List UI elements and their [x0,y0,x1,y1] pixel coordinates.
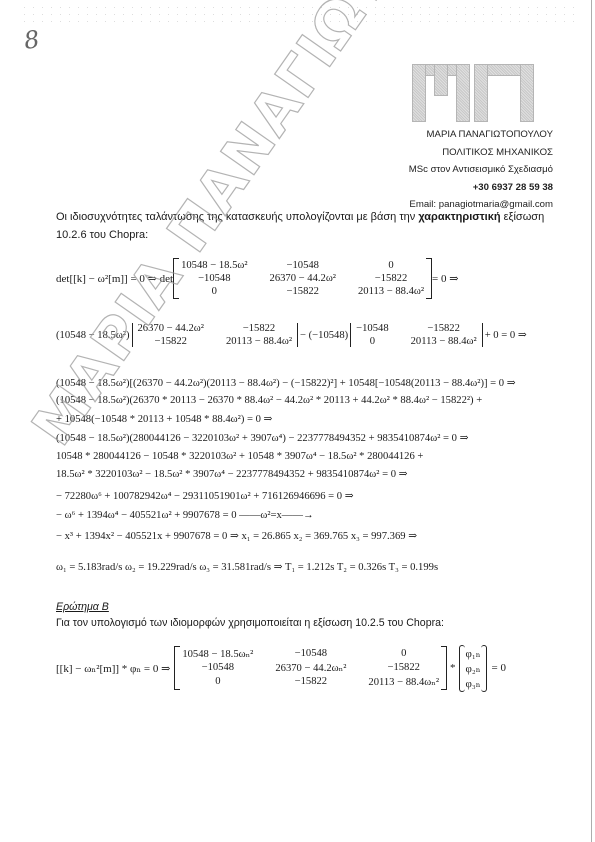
det-lhs: det[[k] − ω²[m]] = 0 ⇒ det [56,272,173,285]
equation-line: − ω⁶ + 1394ω⁴ − 405521ω² + 9907678 = 0 —… [56,510,314,521]
scan-noise [20,4,580,26]
intro-bold: χαρακτηριστική [418,211,500,223]
det-rhs: = 0 ⇒ [432,272,458,285]
matrix-cell: −10548 [356,323,388,334]
intro-text: Οι ιδιοσυχνότητες ταλάντωσης της κατασκε… [56,211,418,223]
equation-line: (10548 − 18.5ω²)(26370 * 20113 − 26370 *… [56,395,482,406]
intro-paragraph: Οι ιδιοσυχνότητες ταλάντωσης της κατασκε… [56,208,556,244]
mode-vector: φ₁ₙφ₂ₙφ₃ₙ [459,647,488,690]
expansion-middle: − (−10548) [300,330,348,341]
author-title: ΠΟΛΙΤΙΚΟΣ ΜΗΧΑΝΙΚΟΣ [409,144,553,162]
matrix-cell: 10548 − 18.5ωₙ² [182,648,253,660]
matrix-cell: 20113 − 88.4ωₙ² [368,676,439,688]
vector-entry: φ₂ₙ [466,662,481,675]
matrix-cell: −15822 [226,323,292,334]
author-phone: +30 6937 28 59 38 [409,179,553,197]
mode-matrix: 10548 − 18.5ωₙ²−105480−1054826370 − 44.2… [174,648,447,688]
equation-line: (10548 − 18.5ω²)[(26370 − 44.2ω²)(20113 … [56,377,516,389]
logo-m-center [434,64,448,96]
logo [412,64,540,120]
equation-line: 10548 * 280044126 − 10548 * 3220103ω² + … [56,451,423,462]
logo-m-right [456,64,470,122]
matrix-cell: 0 [368,648,439,660]
matrix-cell: −15822 [275,676,346,688]
minor-1: 26370 − 44.2ω²−15822−1582220113 − 88.4ω² [130,323,301,347]
matrix-cell: 26370 − 44.2ωₙ² [275,662,346,674]
matrix-cell: 26370 − 44.2ω² [270,273,336,284]
mode-lhs: [[k] − ωₙ²[m]] * φₙ = 0 ⇒ [56,662,170,675]
matrix-cell: −10548 [270,260,336,271]
mode-rhs: = 0 [491,662,505,674]
section-b-heading: Ερώτημα Β [56,601,109,613]
vector-entry: φ₃ₙ [466,677,481,690]
section-b-intro: Για τον υπολογισμό των ιδιομορφών χρησιμ… [56,617,444,629]
cofactor-expansion: (10548 − 18.5ω²) 26370 − 44.2ω²−15822−15… [56,318,527,352]
vector-entry: φ₁ₙ [466,647,481,660]
matrix-cell: 0 [181,286,247,297]
minor-2: −10548−15822020113 − 88.4ω² [348,323,485,347]
matrix-cell: −15822 [270,286,336,297]
equation-line: − x³ + 1394x² − 405521x + 9907678 = 0 ⇒ … [56,530,417,542]
expansion-suffix: + 0 = 0 ⇒ [485,329,527,341]
author-name: ΜΑΡΙΑ ΠΑΝΑΓΙΩΤΟΠΟΥΛΟΥ [409,126,553,144]
matrix-cell: 0 [356,336,388,347]
mode-times: * [450,662,456,674]
logo-p-left [474,64,488,122]
matrix-cell: −15822 [368,662,439,674]
equation-line: − 72280ω⁶ + 100782942ω⁴ − 29311051901ω² … [56,490,354,502]
equation-line: 18.5ω² * 3220103ω² − 18.5ω² * 3907ω⁴ − 2… [56,468,408,480]
equation-line: + 10548(−10548 * 20113 + 10548 * 88.4ω²)… [56,413,272,425]
matrix-cell: −10548 [182,662,253,674]
natural-frequencies-result: ω₁ = 5.183rad/s ω₂ = 19.229rad/s ω₃ = 31… [56,561,438,573]
logo-m-left [412,64,426,122]
matrix-cell: 26370 − 44.2ω² [138,323,204,334]
matrix-cell: 20113 − 88.4ω² [226,336,292,347]
scan-edge-line [591,0,592,842]
matrix-cell: 20113 − 88.4ω² [358,286,424,297]
expansion-prefix: (10548 − 18.5ω²) [56,330,130,341]
logo-p-right [520,64,534,122]
equation-line: (10548 − 18.5ω²)(280044126 − 3220103ω² +… [56,432,468,444]
matrix-cell: 10548 − 18.5ω² [181,260,247,271]
matrix-cell: −10548 [181,273,247,284]
matrix-cell: 0 [358,260,424,271]
matrix-cell: −15822 [411,323,477,334]
matrix-cell: 0 [182,676,253,688]
matrix-cell: −15822 [138,336,204,347]
mode-shape-equation: [[k] − ωₙ²[m]] * φₙ = 0 ⇒ 10548 − 18.5ωₙ… [56,640,506,696]
characteristic-equation: det[[k] − ω²[m]] = 0 ⇒ det 10548 − 18.5ω… [56,248,458,308]
letterhead: ΜΑΡΙΑ ΠΑΝΑΓΙΩΤΟΠΟΥΛΟΥ ΠΟΛΙΤΙΚΟΣ ΜΗΧΑΝΙΚΟ… [409,126,553,214]
matrix-cell: −10548 [275,648,346,660]
matrix-cell: 20113 − 88.4ω² [411,336,477,347]
handwritten-page-number: 8 [22,25,41,55]
stiffness-mass-matrix: 10548 − 18.5ω²−105480−1054826370 − 44.2ω… [173,260,432,297]
matrix-cell: −15822 [358,273,424,284]
author-degree: MSc στον Αντισεισμικό Σχεδιασμό [409,161,553,179]
